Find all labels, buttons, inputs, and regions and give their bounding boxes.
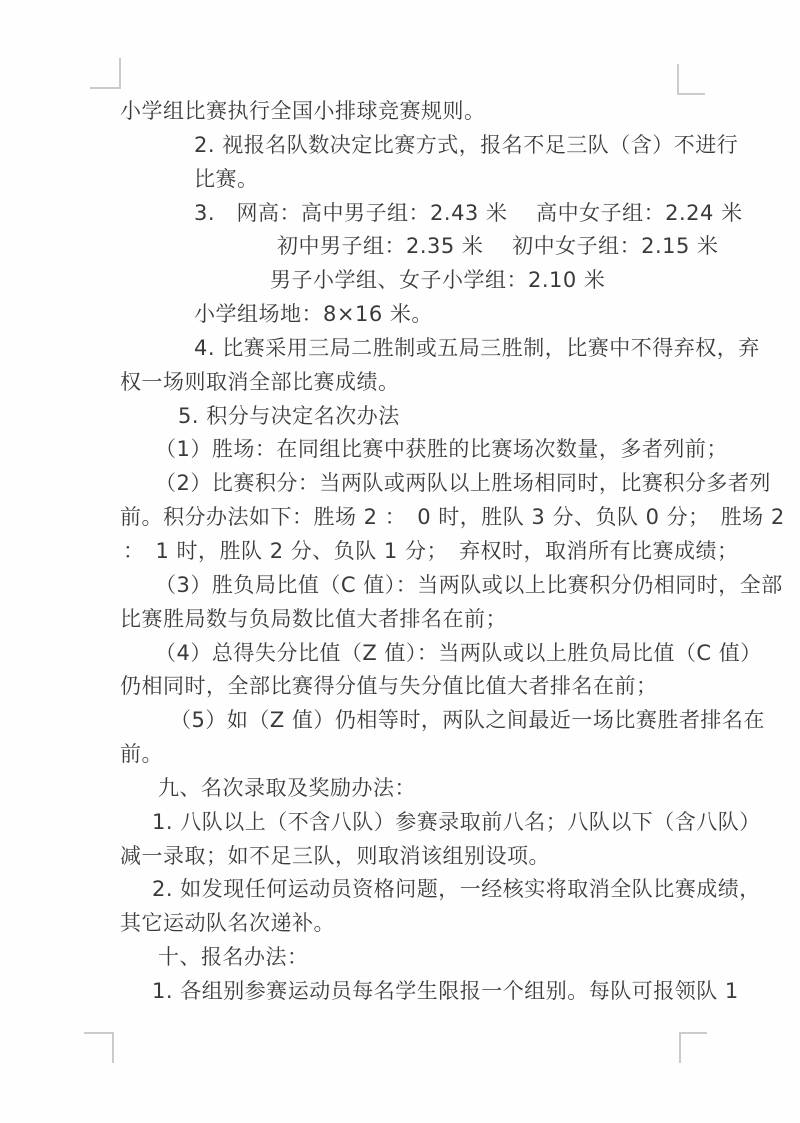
doc-line: （3）胜负局比值（C 值）：当两队或以上比赛积分仍相同时，全部: [0, 569, 800, 603]
doc-line: 十、报名办法：: [0, 941, 800, 975]
doc-line: 比赛。: [0, 163, 800, 197]
doc-line: 1. 各组别参赛运动员每名学生限报一个组别。每队可报领队 1: [0, 975, 800, 1009]
doc-line: 九、名次录取及奖励办法：: [0, 772, 800, 806]
doc-line: 减一录取；如不足三队，则取消该组别设项。: [0, 840, 800, 874]
doc-line: （4）总得失分比值（Z 值）：当两队或以上胜负局比值（C 值）: [0, 637, 800, 671]
doc-line: （5）如（Z 值）仍相等时，两队之间最近一场比赛胜者排名在: [0, 704, 800, 738]
doc-line: 前。: [0, 738, 800, 772]
text-boundary-mark-bottom-left-icon: [84, 1032, 114, 1063]
doc-line: （1）胜场：在同组比赛中获胜的比赛场次数量，多者列前；: [0, 433, 800, 467]
text-boundary-mark-bottom-right-icon: [679, 1032, 707, 1063]
doc-line: 前。积分办法如下：胜场 2 ： 0 时，胜队 3 分、负队 0 分； 胜场 2: [0, 501, 800, 535]
text-boundary-mark-top-left-icon: [90, 58, 121, 89]
doc-line: 权一场则取消全部比赛成绩。: [0, 366, 800, 400]
text-boundary-mark-top-right-icon: [677, 64, 705, 95]
doc-line: 2. 如发现任何运动员资格问题，一经核实将取消全队比赛成绩，: [0, 873, 800, 907]
doc-line: 5. 积分与决定名次办法: [0, 400, 800, 434]
doc-line: 2. 视报名队数决定比赛方式，报名不足三队（含）不进行: [0, 129, 800, 163]
document-body: 小学组比赛执行全国小排球竞赛规则。 2. 视报名队数决定比赛方式，报名不足三队（…: [0, 95, 800, 1009]
doc-line: 男子小学组、女子小学组：2.10 米: [0, 264, 800, 298]
doc-line: 初中男子组：2.35 米 初中女子组：2.15 米: [0, 230, 800, 264]
doc-line: 其它运动队名次递补。: [0, 907, 800, 941]
doc-line: 1. 八队以上（不含八队）参赛录取前八名；八队以下（含八队）: [0, 806, 800, 840]
doc-line: ： 1 时，胜队 2 分、负队 1 分； 弃权时，取消所有比赛成绩；: [0, 535, 800, 569]
doc-line: 4. 比赛采用三局二胜制或五局三胜制，比赛中不得弃权，弃: [0, 332, 800, 366]
doc-line: 3. 网高：高中男子组：2.43 米 高中女子组：2.24 米: [0, 197, 800, 231]
doc-line: 小学组场地：8×16 米。: [0, 298, 800, 332]
doc-line: （2）比赛积分：当两队或两队以上胜场相同时，比赛积分多者列: [0, 467, 800, 501]
document-page: 小学组比赛执行全国小排球竞赛规则。 2. 视报名队数决定比赛方式，报名不足三队（…: [0, 0, 800, 1123]
doc-line: 仍相同时，全部比赛得分值与失分值比值大者排名在前；: [0, 670, 800, 704]
doc-line: 比赛胜局数与负局数比值大者排名在前；: [0, 603, 800, 637]
doc-line: 小学组比赛执行全国小排球竞赛规则。: [0, 95, 800, 129]
